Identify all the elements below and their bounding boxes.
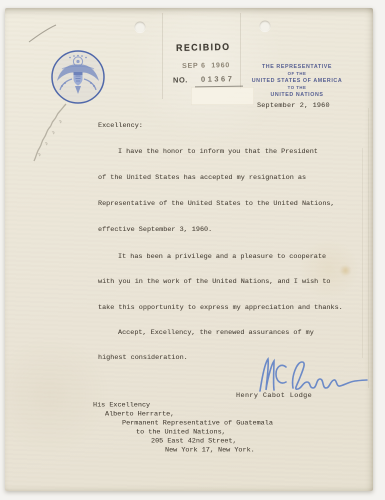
margin-handwriting (28, 97, 86, 168)
received-stamp-number-label: NO. (173, 76, 188, 85)
recipient-address-line: Permanent Representative of Guatemala (122, 420, 273, 428)
body-line: It has been a privilege and a pleasure t… (118, 253, 326, 261)
salutation: Excellency: (98, 122, 143, 130)
paper-crease (362, 148, 363, 358)
body-line: effective September 3, 1960. (98, 226, 212, 234)
letterhead-line: THE REPRESENTATIVE (222, 63, 372, 71)
letterhead-line: UNITED STATES OF AMERICA (222, 77, 372, 85)
tape-mark (162, 13, 163, 99)
body-line: Representative of the United States to t… (98, 200, 335, 208)
age-stain (339, 265, 352, 276)
scanned-letter: RECIBIDO SEP 6 1960 NO. 01367 THE REPRES… (0, 0, 385, 500)
letterhead: THE REPRESENTATIVE OF THE UNITED STATES … (222, 63, 372, 99)
body-line: Accept, Excellency, the renewed assuranc… (118, 329, 314, 337)
date-line: September 2, 1960 (257, 102, 330, 110)
body-line: with you in the work of the United Natio… (98, 278, 330, 286)
recipient-address-line: 205 East 42nd Street, (151, 438, 237, 446)
received-stamp-title: RECIBIDO (176, 42, 231, 54)
recipient-address-line: Alberto Herrarte, (105, 411, 174, 419)
letter-paper: RECIBIDO SEP 6 1960 NO. 01367 THE REPRES… (5, 8, 373, 491)
recipient-address-line: to the United Nations, (136, 429, 226, 437)
body-line: take this opportunity to express my appr… (98, 304, 343, 312)
body-line: of the United States has accepted my res… (98, 174, 306, 182)
recipient-address-line: His Excellency (93, 402, 150, 410)
punch-hole (135, 22, 146, 33)
recipient-address-line: New York 17, New York. (165, 447, 255, 455)
paper-crease (368, 108, 369, 388)
pencil-mark (25, 22, 60, 45)
letterhead-line: UNITED NATIONS (222, 91, 372, 99)
signature-typed-name: Henry Cabot Lodge (236, 392, 312, 400)
punch-hole (260, 21, 271, 32)
body-line: highest consideration. (98, 354, 188, 362)
body-line: I have the honor to inform you that the … (118, 148, 318, 156)
